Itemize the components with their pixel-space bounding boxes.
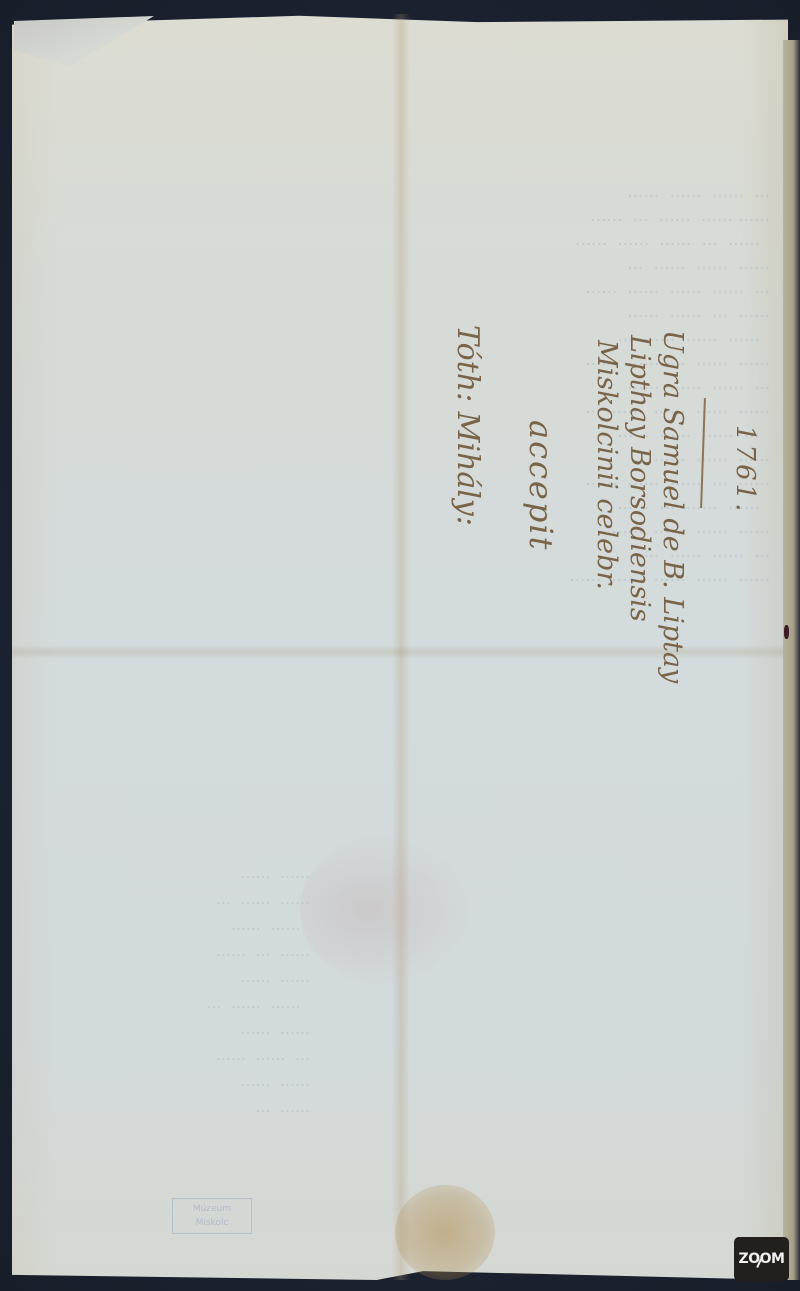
- zoom-watermark: ZOOM: [734, 1237, 789, 1281]
- endorsement-line-3: Miskolcinii celebr.: [591, 340, 622, 590]
- bleed-through-text-lower: …… …… …… …… … …… …… …… … …… …… …… …… …… …: [30, 860, 310, 1180]
- endorsement-line-2: Lipthay Borsodiensis: [624, 335, 655, 622]
- endorsement-line-1: Ugra Samuel de B. Liptay: [657, 330, 688, 683]
- binding-edge: [783, 40, 800, 1280]
- water-stain: [395, 1185, 495, 1280]
- ink-blot: [784, 625, 789, 639]
- faded-stain: [300, 835, 470, 985]
- endorsement-year: 1761.: [730, 425, 760, 514]
- endorsement-signature: Tóth: Mihály:: [450, 325, 485, 526]
- archive-stamp: Múzeum Miskolc: [172, 1198, 252, 1234]
- endorsement-accepit: accepit: [522, 420, 560, 551]
